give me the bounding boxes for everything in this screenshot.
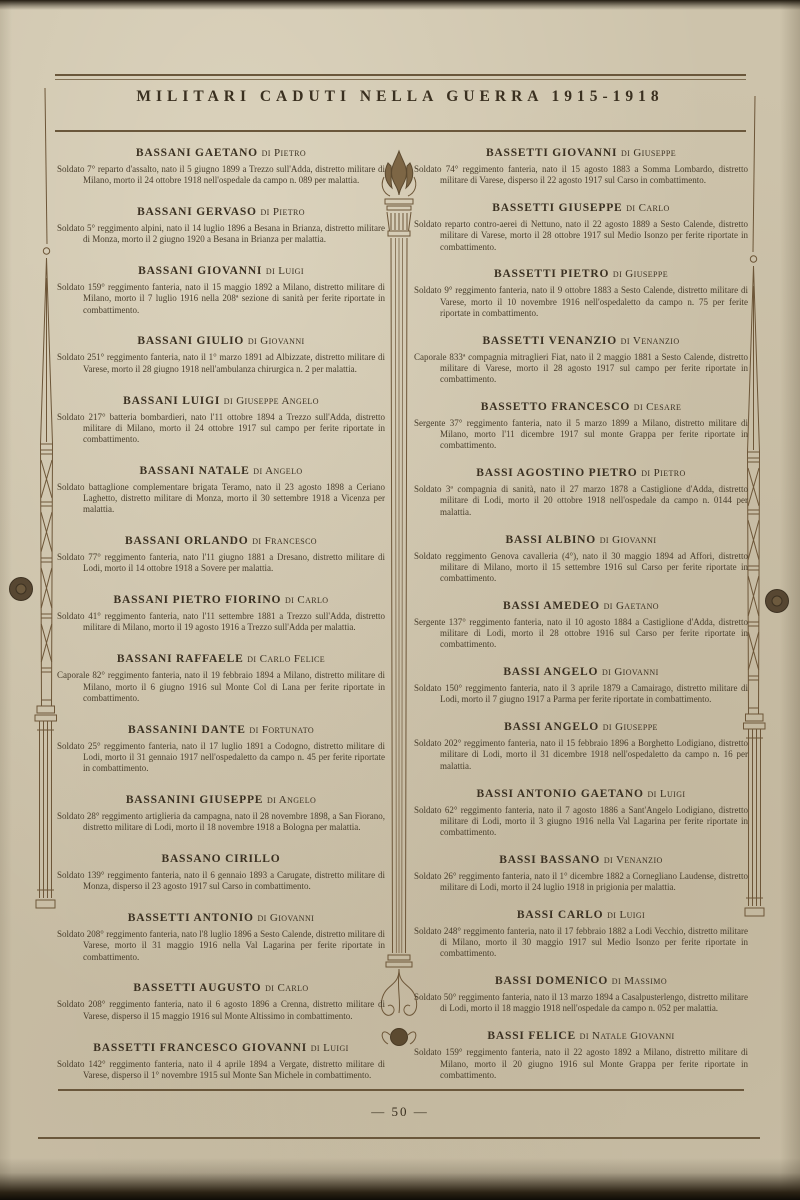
soldier-patronymic: di Giuseppe xyxy=(621,147,676,159)
memorial-entry: BASSETTI VENANZIO di Venanzio Caporale 8… xyxy=(414,335,748,386)
soldier-name: BASSI DOMENICO xyxy=(495,975,608,987)
entry-description: Soldato 77° reggimento fanteria, nato l'… xyxy=(57,552,385,574)
entry-description: Soldato 142° reggimento fanteria, nato i… xyxy=(57,1059,385,1081)
entry-heading: BASSANI PIETRO FIORINO di Carlo xyxy=(57,594,385,606)
entry-heading: BASSANINI GIUSEPPE di Angelo xyxy=(57,794,385,806)
entry-description: Soldato 150° reggimento fanteria, nato i… xyxy=(414,683,748,705)
footer-rule-upper xyxy=(58,1089,744,1091)
soldier-name: BASSI ANGELO xyxy=(504,721,599,733)
entry-heading: BASSI ANGELO di Giuseppe xyxy=(414,721,748,733)
soldier-name: BASSI AGOSTINO PIETRO xyxy=(476,467,637,479)
entry-heading: BASSETTI GIOVANNI di Giuseppe xyxy=(414,147,748,159)
entry-heading: BASSETTI FRANCESCO GIOVANNI di Luigi xyxy=(57,1042,385,1054)
memorial-entry: BASSANI RAFFAELE di Carlo Felice Caporal… xyxy=(57,653,385,704)
soldier-name: BASSETTI GIUSEPPE xyxy=(492,202,622,214)
soldier-name: BASSANI RAFFAELE xyxy=(117,653,244,665)
entry-heading: BASSI ANTONIO GAETANO di Luigi xyxy=(414,788,748,800)
entry-heading: BASSI BASSANO di Venanzio xyxy=(414,854,748,866)
soldier-patronymic: di Massimo xyxy=(612,975,667,987)
entry-description: Soldato 9° reggimento fanteria, nato il … xyxy=(414,285,748,319)
soldier-name: BASSANI LUIGI xyxy=(123,395,220,407)
soldier-patronymic: di Carlo xyxy=(626,202,670,214)
soldier-patronymic: di Giovanni xyxy=(600,534,657,546)
soldier-name: BASSI FELICE xyxy=(487,1030,576,1042)
entry-description: Soldato 159° reggimento fanteria, nato i… xyxy=(57,282,385,316)
soldier-patronymic: di Luigi xyxy=(607,909,645,921)
entry-description: Soldato 7° reparto d'assalto, nato il 5 … xyxy=(57,164,385,186)
soldier-name: BASSI ANGELO xyxy=(503,666,598,678)
book-page: MILITARI CADUTI NELLA GUERRA 1915-1918 xyxy=(0,0,800,1200)
soldier-name: BASSANI ORLANDO xyxy=(125,535,249,547)
soldier-name: BASSETTI PIETRO xyxy=(494,268,609,280)
soldier-name: BASSI CARLO xyxy=(517,909,603,921)
soldier-name: BASSANI GERVASO xyxy=(137,206,257,218)
soldier-name: BASSI BASSANO xyxy=(499,854,600,866)
memorial-entry: BASSETTI GIOVANNI di Giuseppe Soldato 74… xyxy=(414,147,748,186)
entry-description: Soldato 25° reggimento fanteria, nato il… xyxy=(57,741,385,775)
memorial-entry: BASSI ANGELO di Giuseppe Soldato 202° re… xyxy=(414,721,748,772)
page-edge-left xyxy=(0,0,12,1200)
entry-description: Soldato 3ª compagnia di sanità, nato il … xyxy=(414,484,748,518)
soldier-patronymic: di Angelo xyxy=(253,465,302,477)
entry-description: Caporale 833ª compagnia mitraglieri Fiat… xyxy=(414,352,748,386)
page-edge-bottom xyxy=(0,1158,800,1200)
soldier-patronymic: di Giovanni xyxy=(602,666,659,678)
soldier-patronymic: di Giovanni xyxy=(248,335,305,347)
entry-heading: BASSETTI PIETRO di Giuseppe xyxy=(414,268,748,280)
footer-rule-lower xyxy=(38,1137,760,1139)
soldier-patronymic: di Giovanni xyxy=(258,912,315,924)
entry-heading: BASSANI GAETANO di Pietro xyxy=(57,147,385,159)
memorial-entry: BASSANINI GIUSEPPE di Angelo Soldato 28°… xyxy=(57,794,385,833)
soldier-patronymic: di Pietro xyxy=(641,467,685,479)
soldier-patronymic: di Venanzio xyxy=(621,335,680,347)
entry-heading: BASSANI ORLANDO di Francesco xyxy=(57,535,385,547)
entry-heading: BASSANI GERVASO di Pietro xyxy=(57,206,385,218)
entry-description: Soldato 139° reggimento fanteria, nato i… xyxy=(57,870,385,892)
entry-heading: BASSETTO FRANCESCO di Cesare xyxy=(414,401,748,413)
memorial-entry: BASSI ANGELO di Giovanni Soldato 150° re… xyxy=(414,666,748,705)
soldier-name: BASSANI NATALE xyxy=(139,465,249,477)
memorial-entry: BASSANI GAETANO di Pietro Soldato 7° rep… xyxy=(57,147,385,186)
entry-description: Soldato 74° reggimento fanteria, nato il… xyxy=(414,164,748,186)
title-underline-rule xyxy=(55,130,746,132)
entry-heading: BASSI AGOSTINO PIETRO di Pietro xyxy=(414,467,748,479)
memorial-entry: BASSANI PIETRO FIORINO di Carlo Soldato … xyxy=(57,594,385,633)
entry-heading: BASSI DOMENICO di Massimo xyxy=(414,975,748,987)
memorial-entry: BASSANI GIULIO di Giovanni Soldato 251° … xyxy=(57,335,385,374)
soldier-patronymic: di Giuseppe xyxy=(613,268,668,280)
memorial-entry: BASSANINI DANTE di Fortunato Soldato 25°… xyxy=(57,724,385,775)
soldier-patronymic: di Pietro xyxy=(262,147,306,159)
entry-description: Soldato battaglione complementare brigat… xyxy=(57,482,385,516)
memorial-entry: BASSI ANTONIO GAETANO di Luigi Soldato 6… xyxy=(414,788,748,839)
soldier-patronymic: di Carlo Felice xyxy=(247,653,325,665)
soldier-name: BASSANI GAETANO xyxy=(136,147,258,159)
memorial-entry: BASSI AGOSTINO PIETRO di Pietro Soldato … xyxy=(414,467,748,518)
memorial-entry: BASSI BASSANO di Venanzio Soldato 26° re… xyxy=(414,854,748,893)
soldier-name: BASSANI GIULIO xyxy=(137,335,244,347)
soldier-patronymic: di Giuseppe Angelo xyxy=(224,395,319,407)
page-edge-right xyxy=(780,0,800,1200)
entry-description: Soldato 217° batteria bombardieri, nato … xyxy=(57,412,385,446)
entry-description: Soldato 248° reggimento fanteria, nato i… xyxy=(414,926,748,960)
memorial-entry: BASSI AMEDEO di Gaetano Sergente 137° re… xyxy=(414,600,748,651)
entry-heading: BASSANI GIULIO di Giovanni xyxy=(57,335,385,347)
soldier-name: BASSI ANTONIO GAETANO xyxy=(477,788,644,800)
entry-heading: BASSI ANGELO di Giovanni xyxy=(414,666,748,678)
memorial-entry: BASSETTO FRANCESCO di Cesare Sergente 37… xyxy=(414,401,748,452)
soldier-patronymic: di Francesco xyxy=(252,535,317,547)
soldier-name: BASSANI GIOVANNI xyxy=(138,265,262,277)
memorial-entry: BASSI DOMENICO di Massimo Soldato 50° re… xyxy=(414,975,748,1014)
soldier-patronymic: di Gaetano xyxy=(604,600,659,612)
entry-description: Soldato 208° reggimento fanteria, nato l… xyxy=(57,929,385,963)
soldier-patronymic: di Luigi xyxy=(647,788,685,800)
entry-heading: BASSETTI VENANZIO di Venanzio xyxy=(414,335,748,347)
entry-heading: BASSETTI ANTONIO di Giovanni xyxy=(57,912,385,924)
entry-heading: BASSI CARLO di Luigi xyxy=(414,909,748,921)
memorial-entry: BASSANI LUIGI di Giuseppe Angelo Soldato… xyxy=(57,395,385,446)
soldier-patronymic: di Cesare xyxy=(634,401,681,413)
soldier-name: BASSANO CIRILLO xyxy=(161,853,280,865)
soldier-name: BASSETTI FRANCESCO GIOVANNI xyxy=(93,1042,307,1054)
entry-description: Caporale 82° reggimento fanteria, nato i… xyxy=(57,670,385,704)
entry-description: Soldato 251° reggimento fanteria, nato i… xyxy=(57,352,385,374)
soldier-patronymic: di Fortunato xyxy=(249,724,314,736)
memorial-entry: BASSETTI PIETRO di Giuseppe Soldato 9° r… xyxy=(414,268,748,319)
soldier-patronymic: di Giuseppe xyxy=(603,721,658,733)
soldier-name: BASSANINI DANTE xyxy=(128,724,246,736)
soldier-name: BASSETTI ANTONIO xyxy=(128,912,254,924)
entry-heading: BASSANI NATALE di Angelo xyxy=(57,465,385,477)
soldier-patronymic: di Luigi xyxy=(311,1042,349,1054)
soldier-name: BASSETTO FRANCESCO xyxy=(481,401,630,413)
memorial-entry: BASSI ALBINO di Giovanni Soldato reggime… xyxy=(414,534,748,585)
memorial-entry: BASSANI ORLANDO di Francesco Soldato 77°… xyxy=(57,535,385,574)
entry-description: Soldato reggimento Genova cavalleria (4°… xyxy=(414,551,748,585)
top-rule-thin xyxy=(55,79,746,80)
soldier-patronymic: di Natale Giovanni xyxy=(580,1030,675,1042)
entry-description: Soldato 159° reggimento fanteria, nato i… xyxy=(414,1047,748,1081)
memorial-entry: BASSI CARLO di Luigi Soldato 248° reggim… xyxy=(414,909,748,960)
memorial-entry: BASSANO CIRILLO Soldato 139° reggimento … xyxy=(57,853,385,892)
entry-description: Soldato 28° reggimento artiglieria da ca… xyxy=(57,811,385,833)
entry-description: Soldato 41° reggimento fanteria, nato l'… xyxy=(57,611,385,633)
memorial-entry: BASSETTI ANTONIO di Giovanni Soldato 208… xyxy=(57,912,385,963)
soldier-name: BASSETTI VENANZIO xyxy=(482,335,617,347)
soldier-name: BASSI AMEDEO xyxy=(503,600,600,612)
entry-heading: BASSI ALBINO di Giovanni xyxy=(414,534,748,546)
top-rule-thick xyxy=(55,74,746,76)
soldier-patronymic: di Carlo xyxy=(265,982,309,994)
entry-heading: BASSANI RAFFAELE di Carlo Felice xyxy=(57,653,385,665)
entry-description: Soldato 208° reggimento fanteria, nato i… xyxy=(57,999,385,1021)
soldier-name: BASSANINI GIUSEPPE xyxy=(126,794,263,806)
page-number: — 50 — xyxy=(0,1104,800,1120)
entry-description: Soldato 50° reggimento fanteria, nato il… xyxy=(414,992,748,1014)
entry-description: Soldato 26° reggimento fanteria, nato il… xyxy=(414,871,748,893)
entry-heading: BASSETTI GIUSEPPE di Carlo xyxy=(414,202,748,214)
soldier-name: BASSETTI GIOVANNI xyxy=(486,147,617,159)
memorial-entry: BASSI FELICE di Natale Giovanni Soldato … xyxy=(414,1030,748,1081)
entry-heading: BASSI AMEDEO di Gaetano xyxy=(414,600,748,612)
memorial-entry: BASSANI NATALE di Angelo Soldato battagl… xyxy=(57,465,385,516)
entry-heading: BASSANI LUIGI di Giuseppe Angelo xyxy=(57,395,385,407)
soldier-name: BASSI ALBINO xyxy=(506,534,596,546)
entry-heading: BASSANO CIRILLO xyxy=(57,853,385,865)
soldier-patronymic: di Venanzio xyxy=(604,854,663,866)
page-title: MILITARI CADUTI NELLA GUERRA 1915-1918 xyxy=(0,88,800,106)
entry-description: Soldato 5° reggimento alpini, nato il 14… xyxy=(57,223,385,245)
right-column: BASSETTI GIOVANNI di Giuseppe Soldato 74… xyxy=(414,147,748,1081)
entry-heading: BASSETTI AUGUSTO di Carlo xyxy=(57,982,385,994)
soldier-patronymic: di Luigi xyxy=(266,265,304,277)
left-column: BASSANI GAETANO di Pietro Soldato 7° rep… xyxy=(57,147,385,1081)
page-edge-top xyxy=(0,0,800,10)
memorial-entry: BASSANI GERVASO di Pietro Soldato 5° reg… xyxy=(57,206,385,245)
entry-heading: BASSI FELICE di Natale Giovanni xyxy=(414,1030,748,1042)
entry-heading: BASSANI GIOVANNI di Luigi xyxy=(57,265,385,277)
soldier-patronymic: di Pietro xyxy=(260,206,304,218)
entry-description: Sergente 137° reggimento fanteria, nato … xyxy=(414,617,748,651)
entry-description: Soldato reparto contro-aerei di Nettuno,… xyxy=(414,219,748,253)
entry-description: Soldato 202° reggimento fanteria, nato i… xyxy=(414,738,748,772)
entry-description: Sergente 37° reggimento fanteria, nato i… xyxy=(414,418,748,452)
entry-heading: BASSANINI DANTE di Fortunato xyxy=(57,724,385,736)
memorial-entry: BASSETTI FRANCESCO GIOVANNI di Luigi Sol… xyxy=(57,1042,385,1081)
soldier-name: BASSETTI AUGUSTO xyxy=(133,982,261,994)
memorial-entry: BASSANI GIOVANNI di Luigi Soldato 159° r… xyxy=(57,265,385,316)
memorial-entry: BASSETTI AUGUSTO di Carlo Soldato 208° r… xyxy=(57,982,385,1021)
soldier-name: BASSANI PIETRO FIORINO xyxy=(114,594,282,606)
memorial-entry: BASSETTI GIUSEPPE di Carlo Soldato repar… xyxy=(414,202,748,253)
entry-description: Soldato 62° reggimento fanteria, nato il… xyxy=(414,805,748,839)
soldier-patronymic: di Carlo xyxy=(285,594,329,606)
soldier-patronymic: di Angelo xyxy=(267,794,316,806)
